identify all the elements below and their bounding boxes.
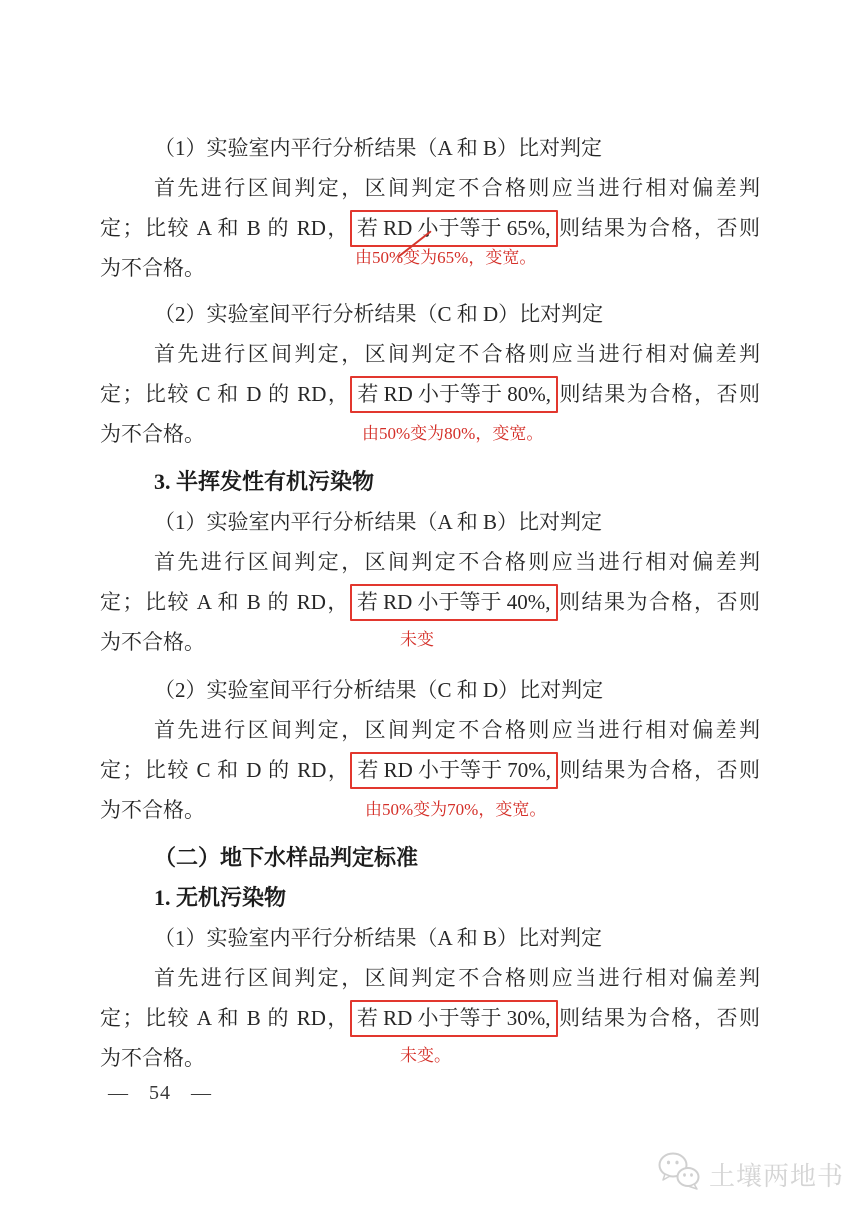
- body-line: 定；比较 A 和 B 的 RD，若 RD 小于等于 40%,则结果为合格，否则: [100, 582, 760, 622]
- body-text: 则结果为合格，否则: [558, 758, 760, 782]
- section-lab-between-80: （2）实验室间平行分析结果（C 和 D）比对判定 首先进行区间判定，区间判定不合…: [100, 294, 760, 454]
- section-heading: （1）实验室内平行分析结果（A 和 B）比对判定: [100, 502, 760, 542]
- highlight-box-40: 若 RD 小于等于 40%,: [350, 584, 558, 621]
- body-line: 为不合格。 由50%变为65%，变宽。: [100, 248, 760, 288]
- body-line: 为不合格。 未变: [100, 622, 760, 662]
- body-text: 定；比较 A 和 B 的 RD，: [100, 216, 350, 240]
- page-number: — 54 —: [108, 1082, 212, 1105]
- body-line: 定；比较 C 和 D 的 RD，若 RD 小于等于 70%,则结果为合格，否则: [100, 750, 760, 790]
- heading-groundwater: （二）地下水样品判定标准: [100, 838, 760, 878]
- body-line: 定；比较 A 和 B 的 RD，若 RD 小于等于 65%,则结果为合格，否则: [100, 208, 760, 248]
- annotation-note-40: 未变: [400, 630, 434, 650]
- section-lab-internal-40: （1）实验室内平行分析结果（A 和 B）比对判定 首先进行区间判定，区间判定不合…: [100, 502, 760, 662]
- annotation-note-80: 由50%变为80%，变宽。: [362, 424, 543, 444]
- body-line: 为不合格。 由50%变为80%，变宽。: [100, 414, 760, 454]
- body-text: 则结果为合格，否则: [558, 1006, 760, 1030]
- section-lab-between-70: （2）实验室间平行分析结果（C 和 D）比对判定 首先进行区间判定，区间判定不合…: [100, 670, 760, 830]
- body-text: 为不合格。: [100, 422, 205, 446]
- watermark-label: 土壤两地书: [709, 1156, 844, 1193]
- body-line: 首先进行区间判定，区间判定不合格则应当进行相对偏差判: [100, 334, 760, 374]
- body-line: 定；比较 A 和 B 的 RD，若 RD 小于等于 30%,则结果为合格，否则: [100, 998, 760, 1038]
- heading-inorganic: 1. 无机污染物: [100, 878, 760, 918]
- body-text: 为不合格。: [100, 1046, 205, 1070]
- body-line: 为不合格。 由50%变为70%，变宽。: [100, 790, 760, 830]
- body-line: 为不合格。 未变。: [100, 1038, 760, 1078]
- section-lab-internal-30: （1）实验室内平行分析结果（A 和 B）比对判定 首先进行区间判定，区间判定不合…: [100, 918, 760, 1078]
- body-line: 定；比较 C 和 D 的 RD，若 RD 小于等于 80%,则结果为合格，否则: [100, 374, 760, 414]
- body-text: 为不合格。: [100, 798, 205, 822]
- annotation-note-70: 由50%变为70%，变宽。: [365, 800, 546, 820]
- body-text: 定；比较 A 和 B 的 RD，: [100, 590, 350, 614]
- section-heading: （1）实验室内平行分析结果（A 和 B）比对判定: [100, 918, 760, 958]
- section-lab-internal-65: （1）实验室内平行分析结果（A 和 B）比对判定 首先进行区间判定，区间判定不合…: [100, 128, 760, 288]
- body-text: 定；比较 C 和 D 的 RD，: [100, 758, 350, 782]
- body-text: 为不合格。: [100, 630, 205, 654]
- section-heading: （2）实验室间平行分析结果（C 和 D）比对判定: [100, 670, 760, 710]
- body-text: 为不合格。: [100, 256, 205, 280]
- document-page: （1）实验室内平行分析结果（A 和 B）比对判定 首先进行区间判定，区间判定不合…: [0, 0, 860, 1216]
- body-line: 首先进行区间判定，区间判定不合格则应当进行相对偏差判: [100, 710, 760, 750]
- wechat-icon: [655, 1148, 703, 1201]
- body-text: 定；比较 C 和 D 的 RD，: [100, 382, 350, 406]
- body-line: 首先进行区间判定，区间判定不合格则应当进行相对偏差判: [100, 168, 760, 208]
- highlight-box-30: 若 RD 小于等于 30%,: [350, 1000, 558, 1037]
- body-line: 首先进行区间判定，区间判定不合格则应当进行相对偏差判: [100, 958, 760, 998]
- body-text: 则结果为合格，否则: [558, 382, 760, 406]
- heading-semi-volatile: 3. 半挥发性有机污染物: [100, 462, 760, 502]
- highlight-box-70: 若 RD 小于等于 70%,: [350, 752, 558, 789]
- highlight-box-80: 若 RD 小于等于 80%,: [350, 376, 558, 413]
- body-text: 定；比较 A 和 B 的 RD，: [100, 1006, 350, 1030]
- annotation-note-65: 由50%变为65%，变宽。: [355, 248, 536, 268]
- body-text: 则结果为合格，否则: [558, 590, 760, 614]
- highlight-box-65: 若 RD 小于等于 65%,: [350, 210, 558, 247]
- text-content: （1）实验室内平行分析结果（A 和 B）比对判定 首先进行区间判定，区间判定不合…: [100, 128, 760, 1078]
- body-text: 则结果为合格，否则: [558, 216, 760, 240]
- annotation-note-30: 未变。: [400, 1046, 451, 1066]
- watermark: 土壤两地书: [655, 1148, 844, 1201]
- section-heading: （2）实验室间平行分析结果（C 和 D）比对判定: [100, 294, 760, 334]
- section-heading: （1）实验室内平行分析结果（A 和 B）比对判定: [100, 128, 760, 168]
- body-line: 首先进行区间判定，区间判定不合格则应当进行相对偏差判: [100, 542, 760, 582]
